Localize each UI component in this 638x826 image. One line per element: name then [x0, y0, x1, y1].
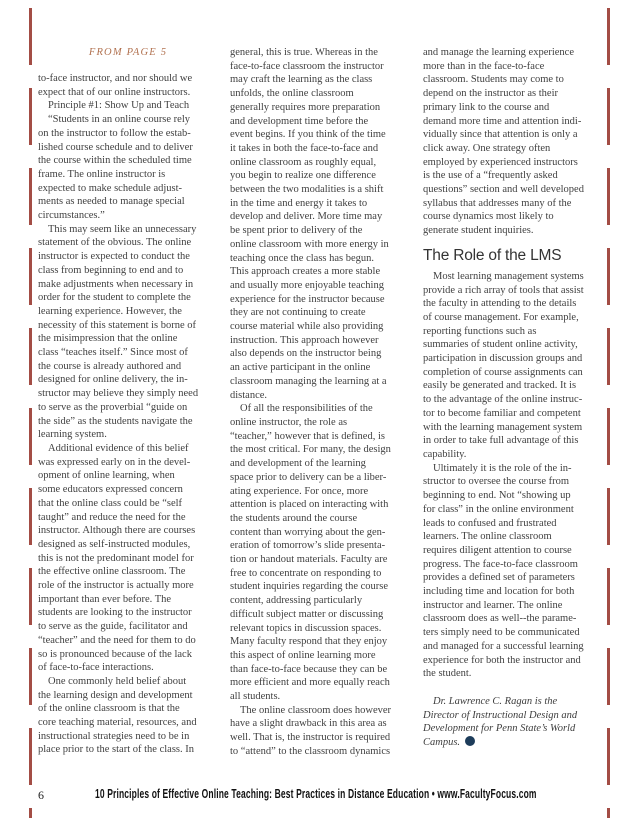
text-line: experience for both the instructor and — [423, 654, 605, 668]
text-line: in order to take full advantage of this — [423, 434, 605, 448]
text-line: instructor is expected to conduct the — [38, 250, 220, 264]
author-bio: Dr. Lawrence C. Ragan is theDirector of … — [423, 695, 605, 750]
text-line: the course is already authored and — [38, 360, 220, 374]
text-line: core teaching material, resources, and — [38, 716, 220, 730]
text-line: free to concentrate on responding to — [230, 567, 412, 581]
paragraph: Most learning management systemsprovide … — [423, 270, 605, 462]
text-line: generate student inquiries. — [423, 224, 605, 238]
text-line: necessity of this statement is borne of — [38, 319, 220, 333]
text-line: participation in discussion groups and — [423, 352, 605, 366]
text-line: student inquiries regarding the course — [230, 580, 412, 594]
text-line: an active participant in the online — [230, 361, 412, 375]
text-line: Additional evidence of this belief — [38, 442, 220, 456]
text-line: course dynamics most likely to — [423, 210, 605, 224]
text-line: for class” in the online environment — [423, 503, 605, 517]
text-line: designed for online delivery, the in- — [38, 373, 220, 387]
text-line: distance. — [230, 389, 412, 403]
text-line: this is not the predominant model for — [38, 552, 220, 566]
text-line: the course within the scheduled time — [38, 154, 220, 168]
text-line: face-to-face classroom the instructor — [230, 60, 412, 74]
text-line: primary link to the course and — [423, 101, 605, 115]
text-line: course material while also providing — [230, 320, 412, 334]
text-line: more than in the face-to-face — [423, 60, 605, 74]
paragraph: to-face instructor, and nor should weexp… — [38, 72, 220, 99]
text-line: it takes in both the face-to-face and — [230, 142, 412, 156]
text-line: demand more time and attention indi- — [423, 115, 605, 129]
text-line: more efficient and more equally reach — [230, 676, 412, 690]
text-line: role of the instructor is actually more — [38, 579, 220, 593]
text-column-2: general, this is true. Whereas in thefac… — [230, 46, 412, 759]
text-line: Most learning management systems — [423, 270, 605, 284]
text-line: circumstances.” — [38, 209, 220, 223]
paragraph: The online classroom does howeverhave a … — [230, 704, 412, 759]
text-line: the student. — [423, 667, 605, 681]
text-line: online classroom as roughly equal, — [230, 156, 412, 170]
text-line: progress. The face-to-face classroom — [423, 558, 605, 572]
text-line: designed as self-instructed modules, — [38, 538, 220, 552]
text-line: Development for Penn State’s World — [423, 722, 605, 736]
text-line: some educators expressed concern — [38, 483, 220, 497]
text-line: attention is placed on interacting with — [230, 498, 412, 512]
text-line: including time and location for both — [423, 585, 605, 599]
text-line: employed by experienced instructors — [423, 156, 605, 170]
text-line: to-face instructor, and nor should we — [38, 72, 220, 86]
text-line: Many faculty respond that they enjoy — [230, 635, 412, 649]
paragraph: general, this is true. Whereas in thefac… — [230, 46, 412, 402]
text-line: online classroom with more energy in — [230, 238, 412, 252]
text-line: content, addressing particularly — [230, 594, 412, 608]
text-line: eration of tomorrow’s slide presenta- — [230, 539, 412, 553]
text-line: to the advantage of the online instruc- — [423, 393, 605, 407]
text-line: provides a defined set of parameters — [423, 571, 605, 585]
paragraph: This may seem like an unnecessarystateme… — [38, 223, 220, 442]
text-line: learners. The online classroom — [423, 530, 605, 544]
text-line: the effective online classroom. The — [38, 565, 220, 579]
text-line: This may seem like an unnecessary — [38, 223, 220, 237]
text-line: so is pronounced because of the lack — [38, 648, 220, 662]
text-line: and usually more enjoyable teaching — [230, 279, 412, 293]
from-page-label: FROM PAGE 5 — [38, 47, 218, 58]
text-line: ments as needed to manage special — [38, 195, 220, 209]
text-line: the side” as the students navigate the — [38, 415, 220, 429]
text-line: order for the student to complete the — [38, 291, 220, 305]
text-line: the faculty in attending to the details — [423, 297, 605, 311]
section-heading: The Role of the LMS — [423, 247, 605, 265]
text-line: unfolds, the online classroom — [230, 87, 412, 101]
text-line: expect that of our online instructors. — [38, 86, 220, 100]
text-line: of course management. For example, — [423, 311, 605, 325]
text-column-1: to-face instructor, and nor should weexp… — [38, 72, 220, 757]
text-line: taught” and reduce the need for the — [38, 511, 220, 525]
text-line: and development of the learning — [230, 457, 412, 471]
text-line: instruction. This approach however — [230, 334, 412, 348]
text-line: content than worrying about the gen- — [230, 526, 412, 540]
text-line: well. That is, the instructor is require… — [230, 731, 412, 745]
text-line: generally requires more preparation — [230, 101, 412, 115]
text-line: learning experience. However, the — [38, 305, 220, 319]
text-line: capability. — [423, 448, 605, 462]
text-line: beginning to end. Not “showing up — [423, 489, 605, 503]
text-line: instructor and learner. The online — [423, 599, 605, 613]
text-line: than face-to-face because they can be — [230, 663, 412, 677]
text-line: of the online classroom is that the — [38, 702, 220, 716]
right-dashed-border — [607, 8, 610, 818]
text-line: classroom. Students may come to — [423, 73, 605, 87]
text-line: space prior to delivery can be a liber- — [230, 471, 412, 485]
text-line: difficult subject matter or discussing — [230, 608, 412, 622]
text-line: completion of course assignments can — [423, 366, 605, 380]
text-line: tion or handout materials. Faculty are — [230, 553, 412, 567]
text-line: have a slight drawback in this area as — [230, 717, 412, 731]
text-line: general, this is true. Whereas in the — [230, 46, 412, 60]
text-line: structor to oversee the course from — [423, 475, 605, 489]
text-line: expected to make schedule adjust- — [38, 182, 220, 196]
text-line: leads to confused and frustrated — [423, 517, 605, 531]
text-line: “teacher” and the need for them to do — [38, 634, 220, 648]
text-line: class from beginning to end and to — [38, 264, 220, 278]
text-line: provide a rich array of tools that assis… — [423, 284, 605, 298]
left-dashed-border — [29, 8, 32, 818]
text-line: the most critical. For many, the design — [230, 443, 412, 457]
text-line: Principle #1: Show Up and Teach — [38, 99, 220, 113]
text-line: tor to become familiar and competent — [423, 407, 605, 421]
text-line: classroom does as well--the parame- — [423, 612, 605, 626]
paragraph: Additional evidence of this beliefwas ex… — [38, 442, 220, 675]
text-line: may craft the learning as the class — [230, 73, 412, 87]
page-footer: 6 10 Principles of Effective Online Teac… — [0, 787, 638, 807]
text-line: all students. — [230, 690, 412, 704]
text-line: to “attend” to the classroom dynamics — [230, 745, 412, 759]
text-line: the learning design and development — [38, 689, 220, 703]
text-line: ters simply need to be communicated — [423, 626, 605, 640]
text-line: relevant topics in discussion spaces. — [230, 622, 412, 636]
text-line: “teacher,” however that is defined, is — [230, 430, 412, 444]
document-page: FROM PAGE 5 to-face instructor, and nor … — [0, 0, 638, 826]
text-line: “Students in an online course rely — [38, 113, 220, 127]
text-line: questions” section and well developed — [423, 183, 605, 197]
text-line: important than ever before. The — [38, 593, 220, 607]
text-line: on the instructor to follow the estab- — [38, 127, 220, 141]
text-line: reporting functions such as — [423, 325, 605, 339]
text-line: of face-to-face interactions. — [38, 661, 220, 675]
text-line: and managed for a successful learning — [423, 640, 605, 654]
text-line: develop and deliver. More time may — [230, 210, 412, 224]
text-line: with the learning management system — [423, 421, 605, 435]
text-line: event begins. If you think of the time — [230, 128, 412, 142]
text-column-3: and manage the learning experiencemore t… — [423, 46, 605, 750]
paragraph: Principle #1: Show Up and Teach — [38, 99, 220, 113]
text-line: you begin to realize one difference — [230, 169, 412, 183]
text-line: experience for the instructor because — [230, 293, 412, 307]
text-line: instructional strategies need to be in — [38, 730, 220, 744]
text-line: requires diligent attention to course — [423, 544, 605, 558]
text-line: Director of Instructional Design and — [423, 709, 605, 723]
text-line: statement of the obvious. The online — [38, 236, 220, 250]
text-line: that the online class could be “self — [38, 497, 220, 511]
text-line: ating experience. For once, more — [230, 485, 412, 499]
text-line: to serve as the guide, facilitator and — [38, 620, 220, 634]
text-line: learning system. — [38, 428, 220, 442]
text-line: the misimpression that the online — [38, 332, 220, 346]
paragraph: Of all the responsibilities of theonline… — [230, 402, 412, 703]
text-line: structor may believe they simply need — [38, 387, 220, 401]
footer-title: 10 Principles of Effective Online Teachi… — [95, 787, 537, 801]
text-line: opment of online learning, when — [38, 469, 220, 483]
text-line: The online classroom does however — [230, 704, 412, 718]
text-line: One commonly held belief about — [38, 675, 220, 689]
text-line: click away. One strategy often — [423, 142, 605, 156]
text-line: to serve as the proverbial “guide on — [38, 401, 220, 415]
text-line: they are not continuing to create — [230, 306, 412, 320]
text-line: online instructor, the role as — [230, 416, 412, 430]
paragraph: “Students in an online course relyon the… — [38, 113, 220, 223]
paragraph: One commonly held belief aboutthe learni… — [38, 675, 220, 757]
text-line: also depends on the instructor being — [230, 347, 412, 361]
text-line: Of all the responsibilities of the — [230, 402, 412, 416]
text-line: place prior to the start of the class. I… — [38, 743, 220, 757]
text-line: summaries of student online activity, — [423, 338, 605, 352]
text-line: make adjustments when necessary in — [38, 278, 220, 292]
text-line: this aspect of online learning more — [230, 649, 412, 663]
text-line: lished course schedule and to deliver — [38, 141, 220, 155]
text-line: Ultimately it is the role of the in- — [423, 462, 605, 476]
text-line: students are looking to the instructor — [38, 606, 220, 620]
text-line: class “teaches itself.” Since most of — [38, 346, 220, 360]
text-line: frame. The online instructor is — [38, 168, 220, 182]
text-line: is the use of a “frequently asked — [423, 169, 605, 183]
paragraph: and manage the learning experiencemore t… — [423, 46, 605, 238]
text-line: in the time and energy it takes to — [230, 197, 412, 211]
text-line: easily be generated and tracked. It is — [423, 379, 605, 393]
text-line: and development time before the — [230, 115, 412, 129]
text-line: teaching once the class has begun. — [230, 252, 412, 266]
text-line: be spent prior to delivery of the — [230, 224, 412, 238]
text-line: Campus. — [423, 736, 605, 750]
text-line: Dr. Lawrence C. Ragan is the — [423, 695, 605, 709]
text-line: instructor. Although there are courses — [38, 524, 220, 538]
text-line: depend on the instructor as their — [423, 87, 605, 101]
end-of-article-bullet-icon — [465, 736, 475, 746]
text-line: was expressed early on in the devel- — [38, 456, 220, 470]
page-number: 6 — [38, 788, 44, 803]
text-line: and manage the learning experience — [423, 46, 605, 60]
text-line: classroom managing the learning at a — [230, 375, 412, 389]
text-line: between the two modalities is a shift — [230, 183, 412, 197]
text-line: the students around the course — [230, 512, 412, 526]
text-line: This approach creates a more stable — [230, 265, 412, 279]
text-line: vidually since that attention is only a — [423, 128, 605, 142]
paragraph: Ultimately it is the role of the in-stru… — [423, 462, 605, 681]
text-line: syllabus that addresses many of the — [423, 197, 605, 211]
